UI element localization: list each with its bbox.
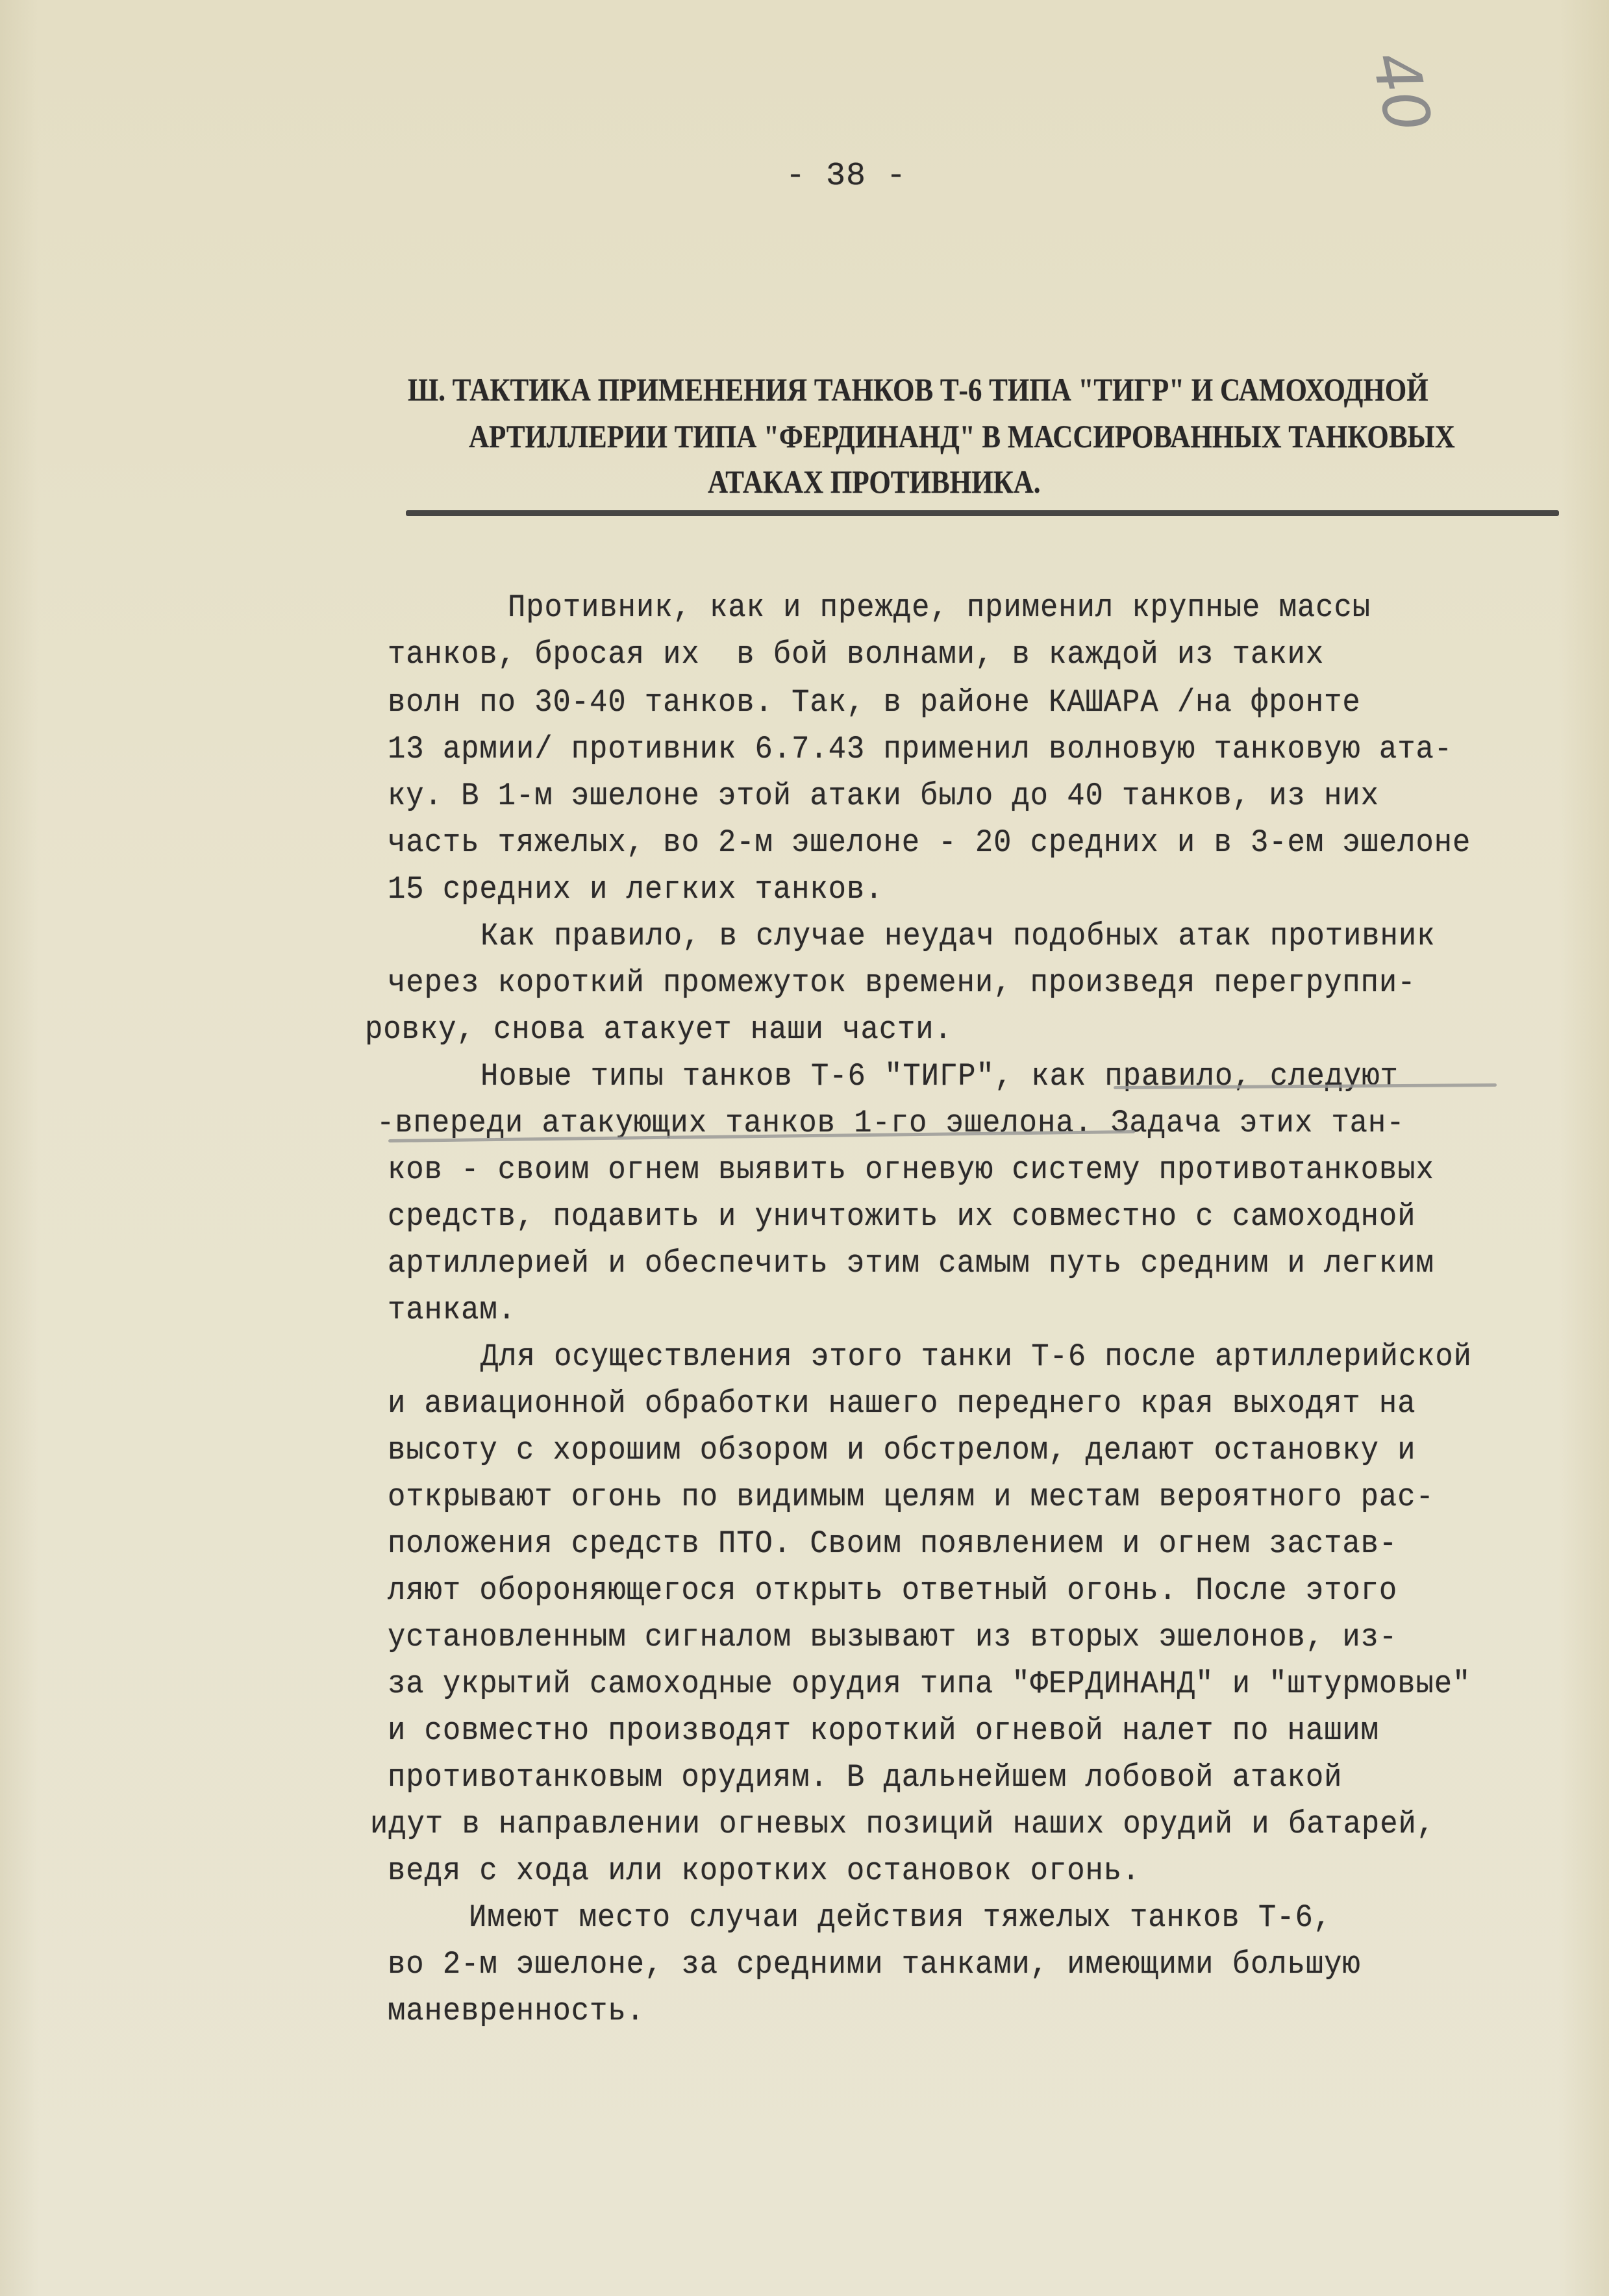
text-line: высоту с хорошим обзором и обстрелом, де…	[388, 1431, 1416, 1470]
text-line: 15 средних и легких танков.	[388, 870, 883, 909]
text-line: маневренность.	[388, 1992, 645, 2031]
text-line: ровку, снова атакует наши части.	[365, 1010, 953, 1049]
text-line: открывают огонь по видимым целям и места…	[388, 1477, 1434, 1516]
text-line: положения средств ПТО. Своим появлением …	[388, 1524, 1397, 1563]
text-line: через короткий промежуток времени, произ…	[388, 963, 1416, 1002]
text-line: Как правило, в случае неудач подобных ат…	[480, 917, 1435, 956]
text-line: во 2-м эшелоне, за средними танками, име…	[388, 1945, 1361, 1984]
text-line: установленным сигналом вызывают из вторы…	[388, 1618, 1397, 1657]
text-line: противотанковым орудиям. В дальнейшем ло…	[388, 1758, 1342, 1797]
text-line: Противник, как и прежде, применил крупны…	[508, 588, 1371, 627]
text-line: ку. В 1-м эшелоне этой атаки было до 40 …	[388, 776, 1379, 815]
text-line: волн по 30-40 танков. Так, в районе КАША…	[388, 683, 1361, 722]
text-line: -впереди атакующих танков 1-го эшелона. …	[377, 1104, 1404, 1142]
text-line: артиллерией и обеспечить этим самым путь…	[388, 1244, 1434, 1283]
section-heading-line-2: АРТИЛЛЕРИИ ТИПА "ФЕРДИНАНД" В МАССИРОВАН…	[469, 417, 1455, 456]
text-line: средств, подавить и уничтожить их совмес…	[388, 1197, 1416, 1236]
text-line: идут в направлении огневых позиций наших…	[370, 1805, 1435, 1844]
text-line: Для осуществления этого танки Т-6 после …	[480, 1337, 1472, 1376]
text-line: 13 армии/ противник 6.7.43 применил волн…	[388, 730, 1453, 769]
text-line: Имеют место случаи действия тяжелых танк…	[469, 1898, 1332, 1937]
section-heading-line-3: АТАКАХ ПРОТИВНИКА.	[708, 462, 1041, 501]
section-heading-line-1: Ш. ТАКТИКА ПРИМЕНЕНИЯ ТАНКОВ Т-6 ТИПА "Т…	[408, 370, 1428, 409]
page-number: - 38 -	[786, 157, 906, 196]
text-line: ляют обороняющегося открыть ответный ого…	[388, 1571, 1397, 1610]
text-line: за укрытий самоходные орудия типа "ФЕРДИ…	[388, 1664, 1471, 1703]
text-line: ведя с хода или коротких остановок огонь…	[388, 1851, 1140, 1890]
text-line: ков - своим огнем выявить огневую систем…	[388, 1150, 1434, 1189]
text-line: часть тяжелых, во 2-м эшелоне - 20 средн…	[388, 823, 1471, 862]
text-line: и авиационной обработки нашего переднего…	[388, 1384, 1416, 1423]
heading-underline-rule	[406, 510, 1559, 516]
text-line: танкам.	[388, 1290, 516, 1329]
text-line: и совместно производят короткий огневой …	[388, 1711, 1379, 1750]
text-line: танков, бросая их в бой волнами, в каждо…	[388, 635, 1324, 674]
text-line: Новые типы танков Т-6 "ТИГР", как правил…	[480, 1057, 1399, 1096]
